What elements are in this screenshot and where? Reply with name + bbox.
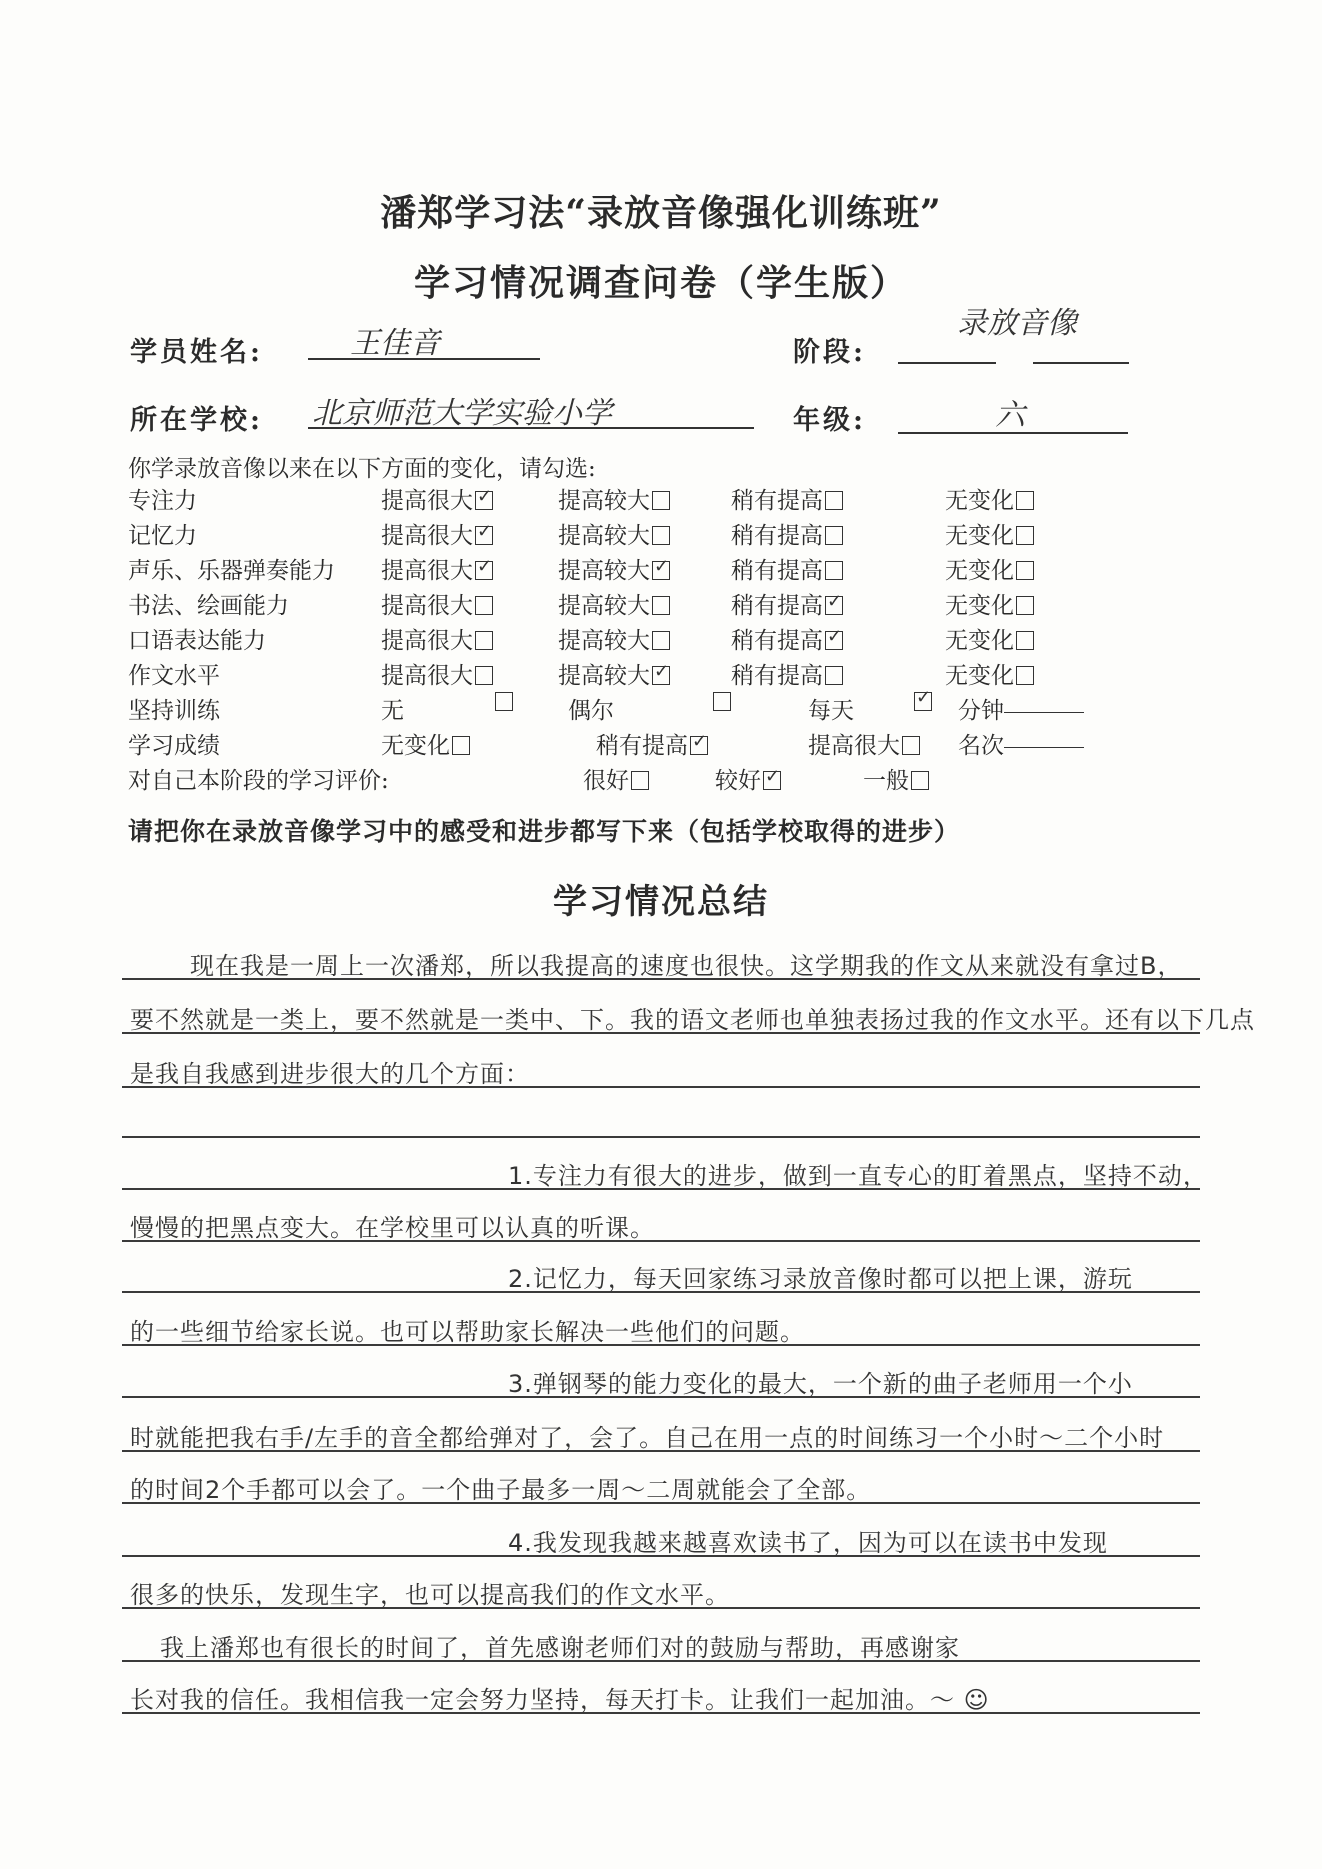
option-label: 提高较大 [558, 628, 650, 654]
handwritten-line: 1.专注力有很大的进步，做到一直专心的盯着黑点，坚持不动， [508, 1156, 1208, 1191]
survey-checkbox[interactable] [475, 561, 493, 580]
survey-option[interactable]: 稍有提高 [731, 622, 843, 655]
self-eval-option-good[interactable]: 较好 [715, 762, 781, 795]
survey-option[interactable]: 提高较大 [558, 552, 670, 585]
rank-label: 名次 [958, 727, 1004, 760]
survey-option[interactable]: 无变化 [945, 657, 1034, 690]
survey-row-label: 专注力 [128, 482, 197, 515]
survey-row: 声乐、乐器弹奏能力提高很大提高较大稍有提高无变化 [128, 552, 1128, 584]
option-label: 提高很大 [381, 523, 473, 549]
form-title: 潘郑学习法“录放音像强化训练班” [0, 185, 1322, 236]
self-eval-label: 对自己本阶段的学习评价: [128, 762, 389, 795]
rank-text: 名次 [958, 733, 1004, 759]
survey-checkbox[interactable] [1016, 631, 1034, 650]
handwritten-line: 很多的快乐，发现生字，也可以提高我们的作文水平。 [130, 1575, 730, 1610]
option-label: 提高较大 [558, 593, 650, 619]
handwritten-line: 现在我是一周上一次潘郑，所以我提高的速度也很快。这学期我的作文从来就没有拿过B， [190, 946, 1182, 981]
survey-checkbox[interactable] [652, 666, 670, 685]
option-label: 一般 [863, 768, 909, 794]
training-option-daily[interactable]: 每天 [808, 692, 854, 725]
survey-checkbox[interactable] [475, 491, 493, 510]
survey-checkbox[interactable] [825, 631, 843, 650]
survey-option[interactable]: 提高很大 [381, 622, 493, 655]
handwritten-line: 时就能把我右手/左手的音全都给弹对了，会了。自己在用一点的时间练习一个小时～二个… [130, 1418, 1164, 1453]
form-subtitle: 学习情况调查问卷（学生版） [0, 255, 1322, 306]
training-none-checkbox[interactable] [495, 692, 513, 711]
self-eval-good-checkbox[interactable] [763, 771, 781, 790]
handwritten-line: 4.我发现我越来越喜欢读书了，因为可以在读书中发现 [508, 1523, 1108, 1558]
survey-prompt: 你学录放音像以来在以下方面的变化，请勾选: [128, 450, 596, 483]
handwritten-line: 我上潘郑也有很长的时间了，首先感谢老师们对的鼓励与帮助，再感谢家 [160, 1628, 960, 1663]
school-label: 所在学校: [130, 398, 263, 437]
survey-option[interactable]: 无变化 [945, 552, 1034, 585]
survey-option[interactable]: 提高很大 [381, 587, 493, 620]
survey-option[interactable]: 提高较大 [558, 482, 670, 515]
handwritten-line: 的时间2个手都可以会了。一个曲子最多一周～二周就能会了全部。 [130, 1470, 871, 1505]
summary-title: 学习情况总结 [0, 874, 1322, 923]
option-label: 稍有提高 [731, 663, 823, 689]
option-label: 稍有提高 [596, 733, 688, 759]
survey-checkbox[interactable] [652, 596, 670, 615]
survey-checkbox[interactable] [475, 631, 493, 650]
option-label: 无变化 [945, 663, 1014, 689]
grades-option-nochange[interactable]: 无变化 [381, 727, 470, 760]
option-label: 提高较大 [558, 558, 650, 584]
training-sometimes-checkbox[interactable] [713, 692, 731, 711]
survey-row: 书法、绘画能力提高很大提高较大稍有提高无变化 [128, 587, 1128, 619]
option-label: 无变化 [945, 593, 1014, 619]
survey-row-label: 口语表达能力 [128, 622, 266, 655]
stage-field[interactable]: 录放音像 [957, 298, 1077, 342]
survey-checkbox[interactable] [825, 596, 843, 615]
option-label: 稍有提高 [731, 628, 823, 654]
grades-slight-checkbox[interactable] [690, 736, 708, 755]
writing-instruction: 请把你在录放音像学习中的感受和进步都写下来（包括学校取得的进步） [128, 812, 960, 848]
self-eval-average-checkbox[interactable] [911, 771, 929, 790]
option-label: 提高很大 [381, 558, 473, 584]
survey-checkbox[interactable] [825, 561, 843, 580]
survey-option[interactable]: 提高较大 [558, 622, 670, 655]
survey-row: 作文水平提高很大提高较大稍有提高无变化 [128, 657, 1128, 689]
option-label: 无变化 [945, 558, 1014, 584]
stage-underline-2 [1033, 360, 1129, 364]
rank-field[interactable] [1004, 727, 1084, 748]
option-label: 无变化 [945, 523, 1014, 549]
training-option-none[interactable]: 无 [381, 692, 404, 725]
survey-checkbox[interactable] [1016, 526, 1034, 545]
survey-checkbox[interactable] [1016, 491, 1034, 510]
survey-checkbox[interactable] [1016, 666, 1034, 685]
survey-option[interactable]: 提高很大 [381, 552, 493, 585]
training-daily-checkbox[interactable] [914, 692, 932, 711]
self-eval-option-verygood[interactable]: 很好 [583, 762, 649, 795]
grades-option-great[interactable]: 提高很大 [808, 727, 920, 760]
survey-checkbox[interactable] [825, 526, 843, 545]
ruled-line [122, 1136, 1200, 1138]
grade-label: 年级: [793, 398, 866, 437]
option-label: 稍有提高 [731, 523, 823, 549]
survey-row: 专注力提高很大提高较大稍有提高无变化 [128, 482, 1128, 514]
self-eval-verygood-checkbox[interactable] [631, 771, 649, 790]
survey-checkbox[interactable] [652, 526, 670, 545]
option-label: 稍有提高 [731, 488, 823, 514]
handwritten-line: 的一些细节给家长说。也可以帮助家长解决一些他们的问题。 [130, 1312, 805, 1347]
survey-checkbox[interactable] [475, 596, 493, 615]
survey-checkbox[interactable] [825, 666, 843, 685]
survey-checkbox[interactable] [652, 491, 670, 510]
survey-option[interactable]: 稍有提高 [731, 587, 843, 620]
survey-option[interactable]: 无变化 [945, 482, 1034, 515]
option-label: 稍有提高 [731, 593, 823, 619]
option-label: 提高很大 [808, 733, 900, 759]
survey-option[interactable]: 稍有提高 [731, 552, 843, 585]
survey-row-label: 作文水平 [128, 657, 220, 690]
survey-checkbox[interactable] [1016, 596, 1034, 615]
survey-option[interactable]: 稍有提高 [731, 517, 843, 550]
training-row: 坚持训练 无 偶尔 每天 分钟 [128, 692, 1128, 724]
option-label: 每天 [808, 698, 854, 724]
grade-field[interactable]: 六 [995, 390, 1025, 434]
minutes-field[interactable] [1004, 692, 1084, 713]
survey-checkbox[interactable] [652, 631, 670, 650]
student-name-label: 学员姓名: [130, 330, 263, 369]
option-label: 提高很大 [381, 628, 473, 654]
survey-row: 记忆力提高很大提高较大稍有提高无变化 [128, 517, 1128, 549]
grades-option-slight[interactable]: 稍有提高 [596, 727, 708, 760]
option-label: 偶尔 [568, 698, 614, 724]
self-eval-option-average[interactable]: 一般 [863, 762, 929, 795]
handwritten-line: 3.弹钢琴的能力变化的最大，一个新的曲子老师用一个小 [508, 1364, 1133, 1399]
grades-label: 学习成绩 [128, 727, 220, 760]
option-label: 提高很大 [381, 593, 473, 619]
survey-checkbox[interactable] [1016, 561, 1034, 580]
option-label: 无变化 [945, 628, 1014, 654]
survey-checkbox[interactable] [475, 526, 493, 545]
self-eval-row: 对自己本阶段的学习评价: 很好 较好 一般 [128, 762, 1128, 794]
survey-option[interactable]: 稍有提高 [731, 657, 843, 690]
survey-row: 口语表达能力提高很大提高较大稍有提高无变化 [128, 622, 1128, 654]
option-label: 无变化 [945, 488, 1014, 514]
option-label: 提高很大 [381, 488, 473, 514]
survey-checkbox[interactable] [825, 491, 843, 510]
option-label: 无变化 [381, 733, 450, 759]
stage-label: 阶段: [793, 330, 866, 369]
survey-option[interactable]: 稍有提高 [731, 482, 843, 515]
grades-row: 学习成绩 无变化 稍有提高 提高很大 名次 [128, 727, 1128, 759]
training-label: 坚持训练 [128, 692, 220, 725]
survey-option[interactable]: 提高很大 [381, 657, 493, 690]
option-label: 提高较大 [558, 488, 650, 514]
minutes-text: 分钟 [958, 698, 1004, 724]
survey-checkbox[interactable] [652, 561, 670, 580]
school-field[interactable]: 北京师范大学实验小学 [312, 388, 612, 432]
survey-checkbox[interactable] [475, 666, 493, 685]
training-option-sometimes[interactable]: 偶尔 [568, 692, 614, 725]
option-label: 稍有提高 [731, 558, 823, 584]
student-name-field[interactable]: 王佳音 [350, 318, 440, 362]
grades-great-checkbox[interactable] [902, 736, 920, 755]
survey-option[interactable]: 提高较大 [558, 587, 670, 620]
survey-option[interactable]: 提高很大 [381, 482, 493, 515]
option-label: 无 [381, 698, 404, 724]
handwritten-line: 要不然就是一类上，要不然就是一类中、下。我的语文老师也单独表扬过我的作文水平。还… [130, 1000, 1255, 1035]
survey-option[interactable]: 提高很大 [381, 517, 493, 550]
handwritten-line: 2.记忆力，每天回家练习录放音像时都可以把上课，游玩 [508, 1259, 1133, 1294]
grades-nochange-checkbox[interactable] [452, 736, 470, 755]
survey-row-label: 声乐、乐器弹奏能力 [128, 552, 335, 585]
survey-row-label: 记忆力 [128, 517, 197, 550]
handwritten-line: 长对我的信任。我相信我一定会努力坚持，每天打卡。让我们一起加油。～ ☺ [130, 1680, 990, 1715]
option-label: 提高很大 [381, 663, 473, 689]
survey-option[interactable]: 无变化 [945, 517, 1034, 550]
survey-row-label: 书法、绘画能力 [128, 587, 289, 620]
handwritten-line: 是我自我感到进步很大的几个方面： [130, 1054, 530, 1089]
option-label: 较好 [715, 768, 761, 794]
survey-option[interactable]: 无变化 [945, 622, 1034, 655]
option-label: 提高较大 [558, 523, 650, 549]
option-label: 很好 [583, 768, 629, 794]
survey-option[interactable]: 提高较大 [558, 657, 670, 690]
survey-option[interactable]: 提高较大 [558, 517, 670, 550]
handwritten-line: 慢慢的把黑点变大。在学校里可以认真的听课。 [130, 1208, 655, 1243]
option-label: 提高较大 [558, 663, 650, 689]
minutes-label: 分钟 [958, 692, 1004, 725]
stage-underline-1 [898, 360, 996, 364]
survey-option[interactable]: 无变化 [945, 587, 1034, 620]
